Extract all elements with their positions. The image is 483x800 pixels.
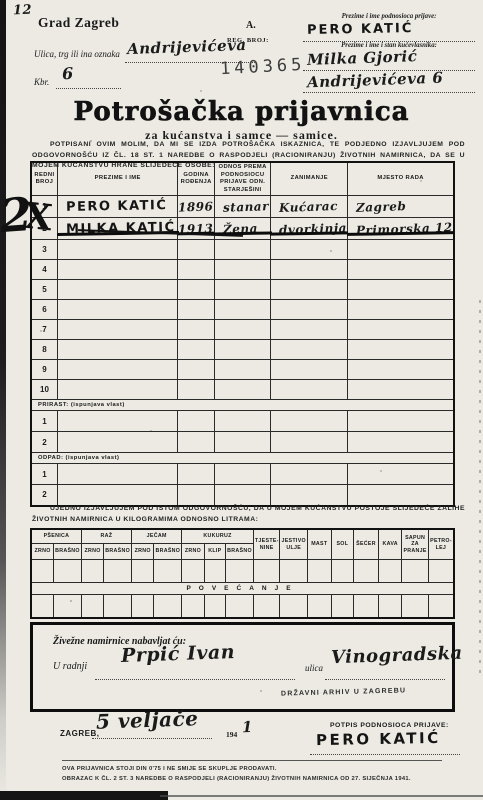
table-cell: 7 <box>31 320 57 340</box>
table-cell <box>226 595 254 618</box>
table-cell <box>178 260 214 280</box>
workplace-handwritten: Primorska 12 <box>356 220 453 237</box>
table-cell <box>280 595 307 618</box>
column-group-header: KUKURUZ <box>182 529 254 544</box>
house-number-value: 6 <box>62 64 74 83</box>
table-cell <box>214 380 271 400</box>
table-cell <box>132 595 154 618</box>
table-cell <box>348 411 454 432</box>
table-cell <box>57 340 178 360</box>
table-cell: MILKA KATIĆ <box>57 218 178 240</box>
signature-handwritten: PERO KATIĆ <box>316 729 441 749</box>
table-cell <box>214 432 271 453</box>
table-cell <box>204 560 225 583</box>
supplies-data-row <box>31 595 454 618</box>
year-handwritten: 1896 <box>178 199 214 214</box>
table-cell <box>178 464 214 485</box>
table-cell <box>182 560 204 583</box>
section-band-label: PRIRAST: (ispunjava vlast) <box>31 400 454 411</box>
table-cell: 9 <box>31 360 57 380</box>
empty-row: 2 <box>31 432 454 453</box>
table-cell: 10 <box>31 380 57 400</box>
column-header: ŠEĆER <box>354 529 379 560</box>
street-label-small: ulica <box>305 663 323 673</box>
persons-table-header-row: REDNI BROJ PREZIME I IME GODINA ROĐENJA … <box>31 162 454 196</box>
applicant-name-field: PERO KATIĆ <box>303 20 475 42</box>
house-number-label: Kbr. <box>34 77 49 87</box>
column-header: BRAŠNO <box>154 544 182 560</box>
table-cell <box>178 360 214 380</box>
empty-row: 1 <box>31 464 454 485</box>
section-letter: A. <box>246 20 256 31</box>
house-number-underline <box>56 88 121 89</box>
column-header: ZRNO <box>31 544 54 560</box>
table-cell <box>378 595 402 618</box>
table-cell <box>104 560 132 583</box>
section-band-row: ODPAD: (ispunjava vlast) <box>31 453 454 464</box>
reg-number-stamp: 140365 <box>220 55 306 79</box>
table-cell <box>226 560 254 583</box>
table-cell <box>178 320 214 340</box>
table-cell <box>402 595 428 618</box>
table-cell <box>57 240 178 260</box>
table-cell: 4 <box>31 260 57 280</box>
form-title: Potrošačka prijavnica <box>0 97 483 127</box>
name-handwritten: PERO KATIĆ <box>66 198 168 215</box>
margin-x-mark: X <box>22 195 54 240</box>
archive-stamp: DRŽAVNI ARHIV U ZAGREBU <box>281 687 406 697</box>
table-cell <box>178 300 214 320</box>
column-header: SAPUN ZA PRANJE <box>402 529 428 560</box>
table-cell: 2 <box>31 432 57 453</box>
table-cell <box>348 464 454 485</box>
street-label: Ulica, trg ili ina oznaka <box>34 49 120 59</box>
table-cell <box>214 340 271 360</box>
table-cell <box>271 485 348 506</box>
column-header: ODNOS PREMA PODNOSIOCU PRIJAVE ODN. STAR… <box>214 162 271 196</box>
section-band-label: ODPAD: (ispunjava vlast) <box>31 453 454 464</box>
increase-band-row: POVEĆANJE <box>31 583 454 595</box>
table-cell <box>214 260 271 280</box>
table-cell <box>348 380 454 400</box>
table-cell <box>182 595 204 618</box>
column-header: ZRNO <box>132 544 154 560</box>
table-cell <box>57 280 178 300</box>
form-title-block: Potrošačka prijavnica za kućanstva i sam… <box>0 97 483 143</box>
table-cell <box>253 560 280 583</box>
empty-row: 2 <box>31 485 454 506</box>
table-cell <box>348 340 454 360</box>
table-cell <box>57 432 178 453</box>
shop-underline <box>95 679 295 680</box>
handwritten-page-number: 12 <box>13 3 33 19</box>
date-underline <box>92 738 212 739</box>
table-cell <box>132 560 154 583</box>
scanned-form: 12 Grad Zagreb A. REG. BROJ: 140365 Ulic… <box>0 0 483 800</box>
table-cell <box>178 380 214 400</box>
table-cell <box>271 380 348 400</box>
table-cell <box>378 560 402 583</box>
table-cell <box>178 280 214 300</box>
table-cell: 1913 <box>178 218 214 240</box>
empty-row: 1 <box>31 411 454 432</box>
table-cell <box>81 560 103 583</box>
table-cell <box>307 595 331 618</box>
table-cell <box>57 260 178 280</box>
fine-print-line2: OBRAZAC K ČL. 2 ST. 3 NAREDBE O RASPODJE… <box>62 774 442 784</box>
column-group-header: JEČAM <box>132 529 182 544</box>
occupation-handwritten: Kućarac <box>279 199 338 215</box>
column-header: BRAŠNO <box>104 544 132 560</box>
table-cell <box>57 320 178 340</box>
person-row: 10 <box>31 380 454 400</box>
table-cell <box>271 464 348 485</box>
column-header: GODINA ROĐENJA <box>178 162 214 196</box>
table-cell <box>214 485 271 506</box>
table-cell <box>402 560 428 583</box>
table-cell <box>154 595 182 618</box>
table-cell <box>178 411 214 432</box>
shop-street-underline <box>325 679 445 680</box>
table-cell: 1 <box>31 464 57 485</box>
table-cell <box>214 411 271 432</box>
table-cell: stanar <box>214 196 271 218</box>
footer-city-label: ZAGREB, <box>60 729 100 738</box>
table-cell: Zagreb <box>348 196 454 218</box>
street-value-handwritten: Andrijevićeva <box>127 36 247 58</box>
table-cell: 6 <box>31 300 57 320</box>
table-cell <box>104 595 132 618</box>
purchase-box: Živežne namirnice nabavljat ću: U radnji… <box>30 622 455 712</box>
table-cell: PERO KATIĆ <box>57 196 178 218</box>
table-cell: 1 <box>31 411 57 432</box>
city-heading: Grad Zagreb <box>38 15 119 31</box>
table-cell <box>31 560 54 583</box>
column-header: ZRNO <box>81 544 103 560</box>
table-cell: 3 <box>31 240 57 260</box>
table-cell <box>214 240 271 260</box>
date-handwritten: 5 veljače <box>96 706 199 734</box>
table-cell <box>331 595 353 618</box>
column-header: PREZIME I IME <box>57 162 178 196</box>
person-row: 8 <box>31 340 454 360</box>
section-band-row: PRIRAST: (ispunjava vlast) <box>31 400 454 411</box>
table-cell <box>348 260 454 280</box>
person-row: 4 <box>31 260 454 280</box>
column-header: KAVA <box>378 529 402 560</box>
scan-edge-line <box>160 795 483 797</box>
table-cell <box>348 300 454 320</box>
applicant-name: PERO KATIĆ <box>307 21 414 38</box>
table-cell <box>57 411 178 432</box>
table-cell <box>178 432 214 453</box>
landlord-address-field: Andrijevićeva 6 <box>303 71 475 93</box>
table-cell <box>271 240 348 260</box>
table-cell <box>81 595 103 618</box>
shop-label: U radnji <box>53 661 87 672</box>
table-cell <box>271 340 348 360</box>
table-cell <box>307 560 331 583</box>
relation-handwritten: stanar <box>223 199 269 215</box>
column-header: TJESTE­NINE <box>253 529 280 560</box>
table-cell <box>154 560 182 583</box>
column-header: ZRNO <box>182 544 204 560</box>
table-cell <box>348 485 454 506</box>
paper-noise <box>0 0 2 2</box>
table-cell <box>331 560 353 583</box>
table-cell <box>354 560 379 583</box>
occupation-handwritten: dvorkinja <box>279 220 347 236</box>
person-row: 5 <box>31 280 454 300</box>
table-cell <box>204 595 225 618</box>
landlord-address: Andrijevićeva 6 <box>307 69 444 92</box>
person-row: 6 <box>31 300 454 320</box>
table-cell <box>280 560 307 583</box>
year-handwritten: 1 <box>242 718 254 736</box>
column-header: ZANIMANJE <box>271 162 348 196</box>
column-header: MJESTO RADA <box>348 162 454 196</box>
scan-edge-bottom <box>0 791 168 800</box>
table-cell <box>214 360 271 380</box>
person-row: 3 <box>31 240 454 260</box>
landlord-name: Milka Gjorić <box>307 47 418 69</box>
column-group-header: RAŽ <box>81 529 131 544</box>
table-cell <box>54 595 82 618</box>
supplies-table: PŠENICARAŽJEČAMKUKURUZTJESTE­NINEJESTIVO… <box>30 528 455 619</box>
table-cell <box>271 432 348 453</box>
table-cell <box>57 360 178 380</box>
fine-print: OVA PRIJAVNICA STOJI DIN 0'75 I NE SMIJE… <box>62 760 442 785</box>
table-cell: 2 <box>31 485 57 506</box>
workplace-handwritten: Zagreb <box>356 199 407 215</box>
landlord-name-field: Milka Gjorić <box>303 49 475 71</box>
table-cell: 1896 <box>178 196 214 218</box>
table-cell <box>214 464 271 485</box>
street-underline <box>125 62 255 63</box>
supplies-data-row <box>31 560 454 583</box>
table-cell <box>54 560 82 583</box>
table-cell <box>271 280 348 300</box>
person-row: 1PERO KATIĆ1896stanarKućaracZagreb <box>31 196 454 218</box>
table-cell <box>348 280 454 300</box>
table-cell: 5 <box>31 280 57 300</box>
signature-underline <box>310 754 460 755</box>
table-cell <box>31 595 54 618</box>
table-cell: 8 <box>31 340 57 360</box>
perforation-dots <box>479 300 481 680</box>
column-header: SOL <box>331 529 353 560</box>
table-cell <box>354 595 379 618</box>
shop-name-handwritten: Prpić Ivan <box>121 641 236 667</box>
table-cell <box>178 485 214 506</box>
supplies-declaration-text: UJEDNO IZJAVLJUJEM POD ISTOM ODGOVORNOŠĆ… <box>32 504 465 525</box>
column-header: BRAŠNO <box>54 544 82 560</box>
table-cell <box>214 320 271 340</box>
table-cell <box>428 560 454 583</box>
table-cell <box>57 485 178 506</box>
year-printed: 194 <box>226 730 237 739</box>
table-cell <box>271 320 348 340</box>
column-header: KLIP <box>204 544 225 560</box>
table-cell: dvorkinja <box>271 218 348 240</box>
fine-print-line1: OVA PRIJAVNICA STOJI DIN 0'75 I NE SMIJE… <box>62 764 442 774</box>
table-cell: Primorska 12 <box>348 218 454 240</box>
table-cell <box>57 380 178 400</box>
column-header: PETRO­LEJ <box>428 529 454 560</box>
person-row: 7 <box>31 320 454 340</box>
table-cell <box>348 320 454 340</box>
table-cell <box>214 280 271 300</box>
table-cell: Kućarac <box>271 196 348 218</box>
table-cell <box>348 240 454 260</box>
column-group-header: PŠENICA <box>31 529 81 544</box>
person-row: 9 <box>31 360 454 380</box>
column-header: BRAŠNO <box>226 544 254 560</box>
table-cell <box>178 340 214 360</box>
column-header: REDNI BROJ <box>31 162 57 196</box>
supplies-group-header-row: PŠENICARAŽJEČAMKUKURUZTJESTE­NINEJESTIVO… <box>31 529 454 544</box>
table-cell <box>271 411 348 432</box>
table-cell <box>214 300 271 320</box>
table-cell <box>428 595 454 618</box>
applicant-block: Prezime i ime podnosioca prijave: PERO K… <box>303 13 475 93</box>
table-cell <box>57 464 178 485</box>
shop-street-handwritten: Vinogradska <box>331 643 463 669</box>
increase-band-label: POVEĆANJE <box>31 583 454 595</box>
table-cell <box>57 300 178 320</box>
applicant-label: Prezime i ime podnosioca prijave: <box>303 13 475 20</box>
table-cell <box>271 260 348 280</box>
table-cell <box>348 360 454 380</box>
signature-label: POTPIS PODNOSIOCA PRIJAVE: <box>330 722 449 729</box>
table-cell <box>271 360 348 380</box>
persons-table: REDNI BROJ PREZIME I IME GODINA ROĐENJA … <box>30 161 455 507</box>
table-cell <box>271 300 348 320</box>
column-header: JESTIVO ULJE <box>280 529 307 560</box>
column-header: MAST <box>307 529 331 560</box>
table-cell <box>348 432 454 453</box>
table-cell <box>178 240 214 260</box>
table-cell <box>253 595 280 618</box>
